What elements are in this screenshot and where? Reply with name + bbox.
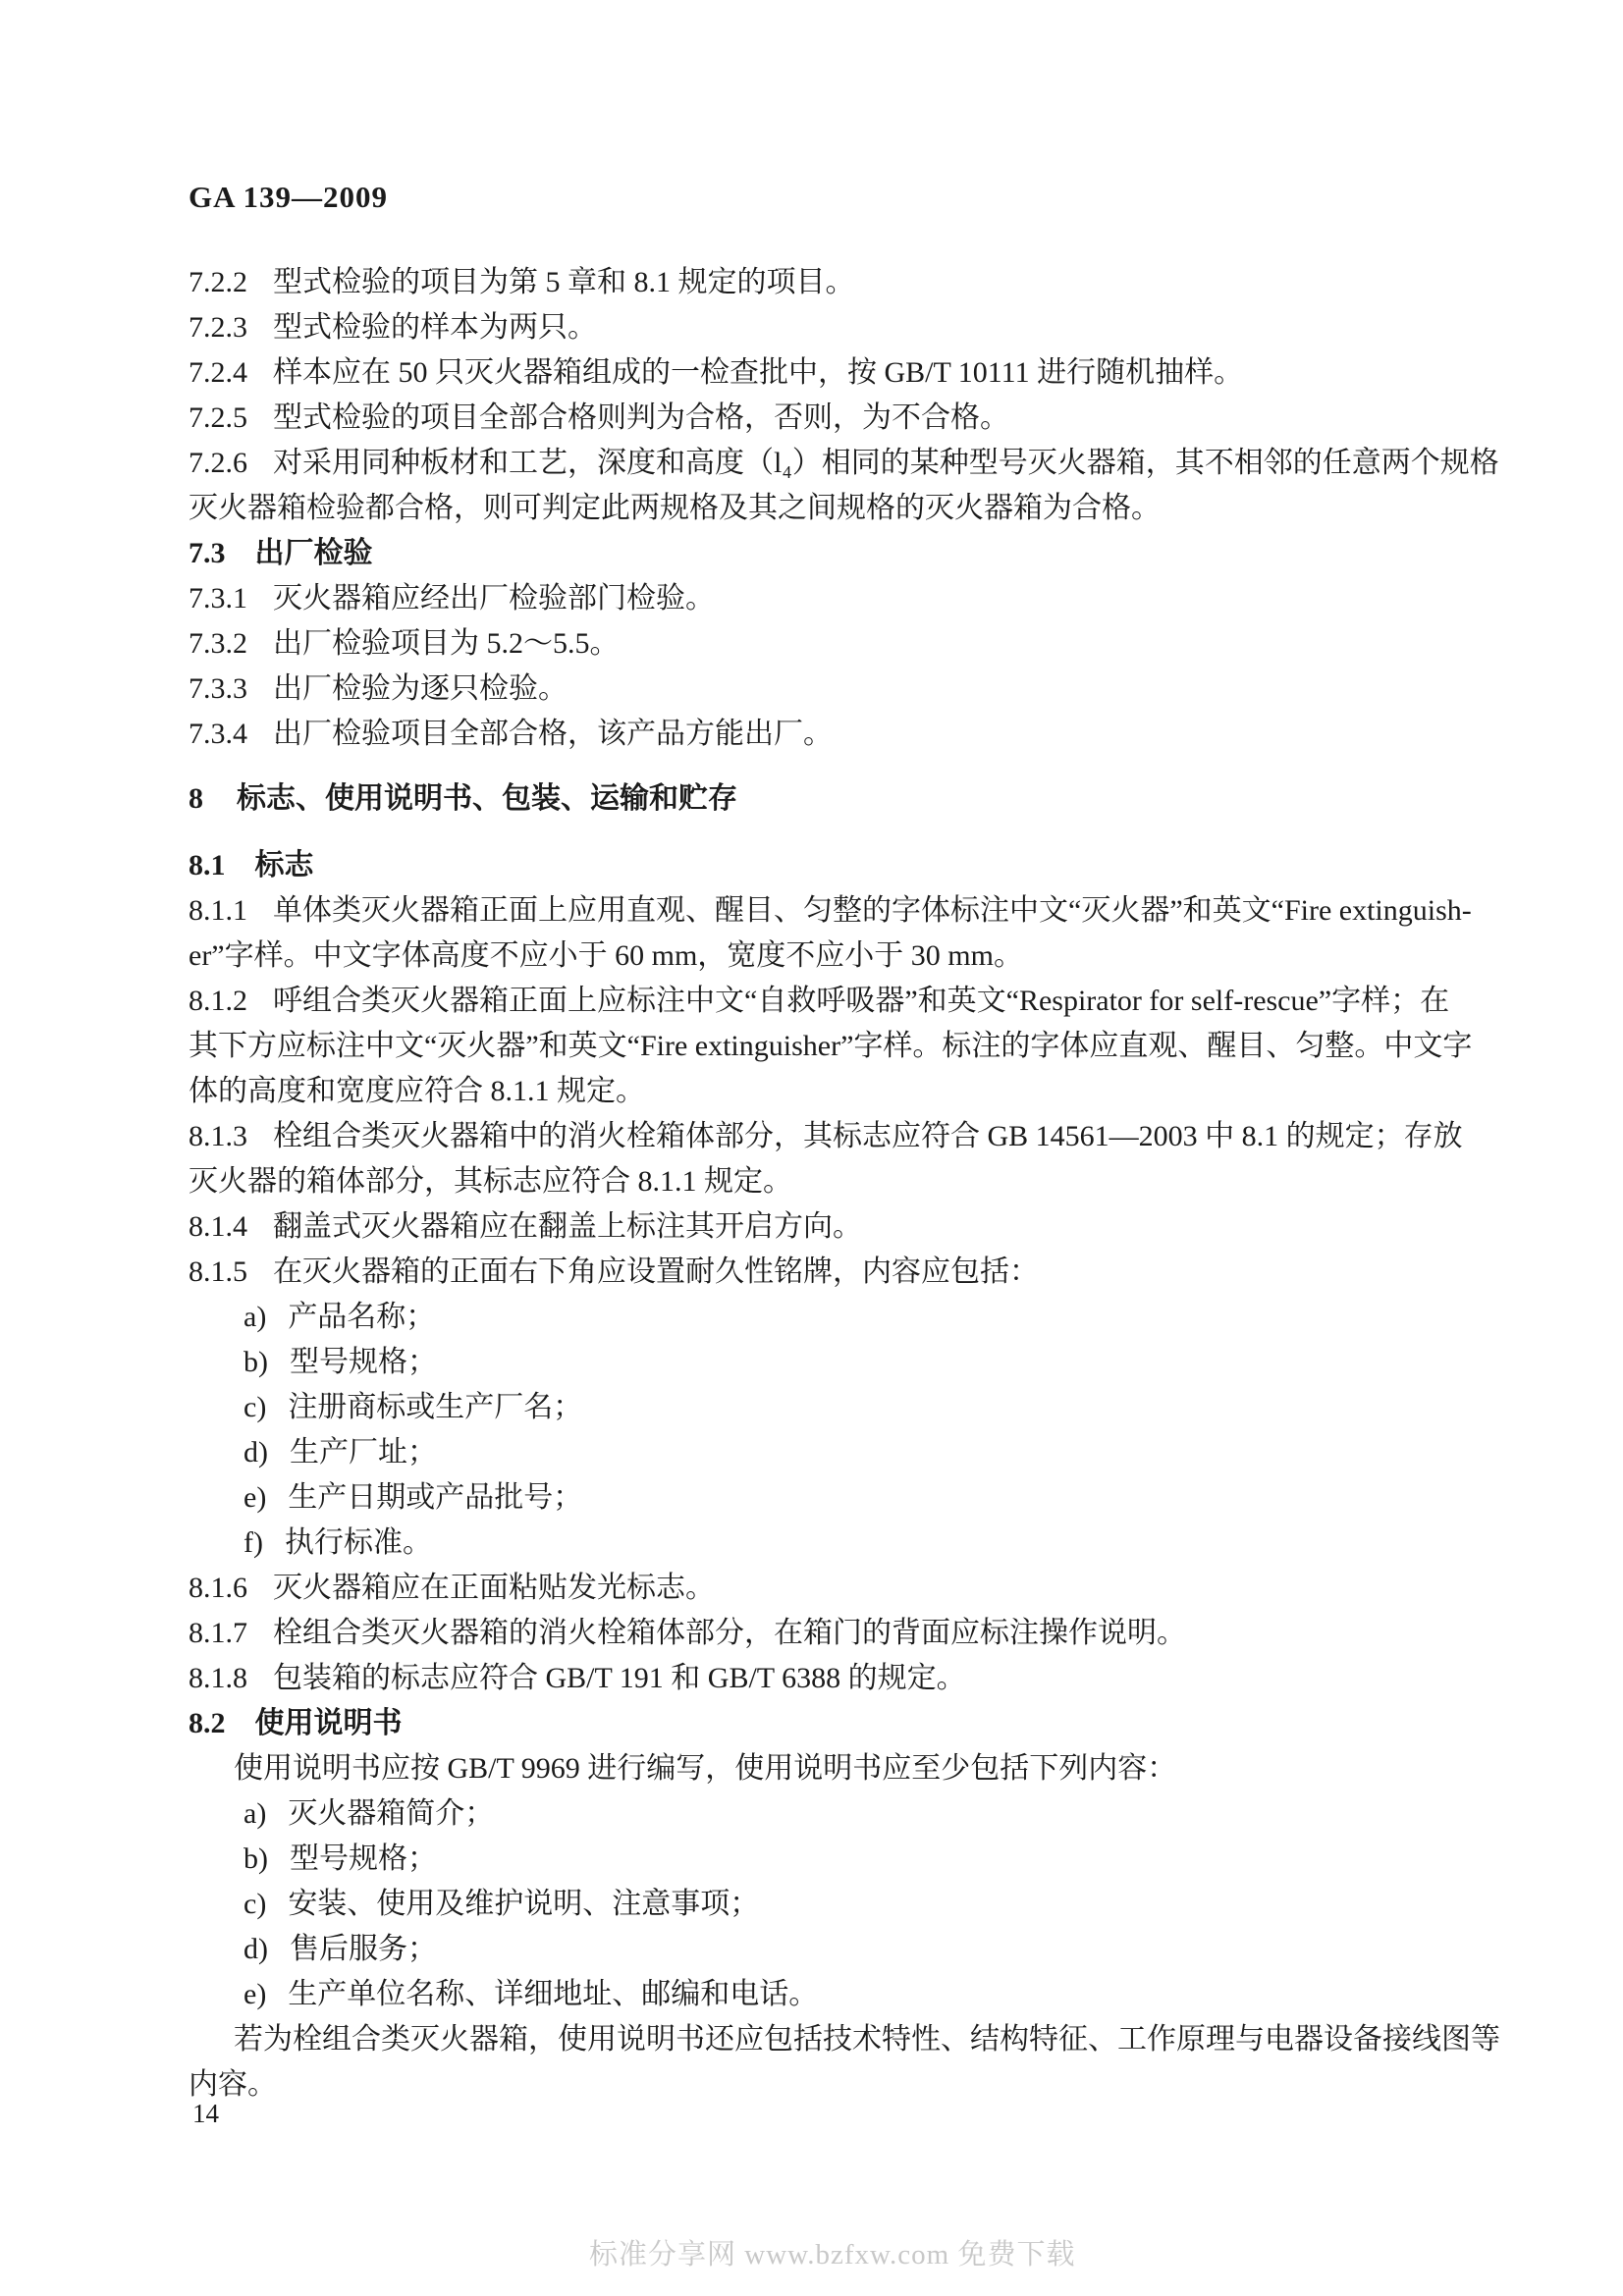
clause-row-8-1-7: 8.1.7栓组合类灭火器箱的消火栓箱体部分，在箱门的背面应标注操作说明。 <box>189 1611 1475 1656</box>
clause-number: 8.1.2 <box>189 979 247 1024</box>
list-item-82-e: e)生产单位名称、详细地址、邮编和电话。 <box>189 1972 1475 2017</box>
clause-row-8-1-5: 8.1.5在灭火器箱的正面右下角应设置耐久性铭牌，内容应包括： <box>189 1250 1475 1295</box>
clause-number: 8.1.8 <box>189 1656 247 1701</box>
clause-continuation-8-1-3: 灭火器的箱体部分，其标志应符合 8.1.1 规定。 <box>189 1159 1475 1204</box>
clause-number: 8.1.5 <box>189 1250 247 1295</box>
list-text: 售后服务； <box>290 1933 437 1965</box>
clause-number: 7.3.4 <box>189 712 247 757</box>
paragraph-text: 若为栓组合类灭火器箱，使用说明书还应包括技术特性、结构特征、工作原理与电器设备接… <box>234 2023 1500 2056</box>
list-item-815-c: c)注册商标或生产厂名； <box>189 1385 1475 1430</box>
clause-text: 样本应在 50 只灭火器箱组成的一检查批中，按 GB/T 10111 进行随机抽… <box>273 356 1243 389</box>
list-item-82-b: b)型号规格； <box>189 1837 1475 1882</box>
clause-number: 8.1.4 <box>189 1204 247 1250</box>
list-letter: e) <box>243 1475 266 1521</box>
list-letter: b) <box>243 1837 268 1882</box>
list-text: 型号规格； <box>290 1346 437 1378</box>
clause-row-8-1-1: 8.1.1单体类灭火器箱正面上应用直观、醒目、匀整的字体标注中文“灭火器”和英文… <box>189 888 1475 934</box>
clause-continuation-8-1-1: er”字样。中文字体高度不应小于 60 mm，宽度不应小于 30 mm。 <box>189 934 1475 979</box>
clause-text: 在灭火器箱的正面右下角应设置耐久性铭牌，内容应包括： <box>273 1255 1039 1288</box>
clause-continuation-8-1-2b: 体的高度和宽度应符合 8.1.1 规定。 <box>189 1069 1475 1114</box>
clause-row-7-2-5: 7.2.5型式检验的项目全部合格则判为合格，否则，为不合格。 <box>189 396 1475 441</box>
section-title: 标志 <box>255 849 314 881</box>
list-text: 灭火器箱简介； <box>288 1797 494 1830</box>
watermark: 标准分享网 www.bzfxw.com 免费下载 <box>589 2238 1075 2271</box>
list-text: 型号规格； <box>290 1842 437 1875</box>
clause-row-7-2-6: 7.2.6对采用同种板材和工艺，深度和高度（l₄）相同的某种型号灭火器箱，其不相… <box>189 441 1475 486</box>
section-title: 标志、使用说明书、包装、运输和贮存 <box>237 782 737 815</box>
clause-row-7-2-2: 7.2.2型式检验的项目为第 5 章和 8.1 规定的项目。 <box>189 260 1475 305</box>
list-letter: f) <box>243 1521 263 1566</box>
clause-text: 体的高度和宽度应符合 8.1.1 规定。 <box>189 1075 645 1107</box>
paragraph-text: 使用说明书应按 GB/T 9969 进行编写，使用说明书应至少包括下列内容： <box>234 1752 1176 1785</box>
list-text: 生产厂址； <box>290 1436 437 1468</box>
list-text: 安装、使用及维护说明、注意事项； <box>288 1888 759 1920</box>
clause-row-7-3-3: 7.3.3出厂检验为逐只检验。 <box>189 667 1475 712</box>
clause-row-7-3-1: 7.3.1灭火器箱应经出厂检验部门检验。 <box>189 576 1475 621</box>
section-number: 8.1 <box>189 843 226 888</box>
clause-number: 8.1.3 <box>189 1114 247 1159</box>
section-heading-8-2: 8.2使用说明书 <box>189 1701 1475 1746</box>
list-text: 产品名称； <box>288 1301 435 1333</box>
paragraph-8-2-intro: 使用说明书应按 GB/T 9969 进行编写，使用说明书应至少包括下列内容： <box>189 1746 1475 1791</box>
clause-text: 其下方应标注中文“灭火器”和英文“Fire extinguisher”字样。标注… <box>189 1030 1472 1062</box>
clause-text: 灭火器箱应经出厂检验部门检验。 <box>273 582 715 614</box>
section-heading-7-3: 7.3出厂检验 <box>189 531 1475 576</box>
document-page: GA 139—2009 7.2.2型式检验的项目为第 5 章和 8.1 规定的项… <box>0 0 1623 2296</box>
clause-number: 7.2.5 <box>189 396 247 441</box>
list-text: 执行标准。 <box>285 1526 432 1559</box>
clause-text: 灭火器箱应在正面粘贴发光标志。 <box>273 1572 715 1604</box>
list-item-815-f: f)执行标准。 <box>189 1521 1475 1566</box>
list-item-815-b: b)型号规格； <box>189 1340 1475 1385</box>
clause-text: 灭火器的箱体部分，其标志应符合 8.1.1 规定。 <box>189 1165 792 1198</box>
list-text: 生产日期或产品批号； <box>288 1481 582 1514</box>
clause-number: 7.3.1 <box>189 576 247 621</box>
clause-text: 出厂检验为逐只检验。 <box>273 672 568 705</box>
list-item-815-e: e)生产日期或产品批号； <box>189 1475 1475 1521</box>
list-text: 注册商标或生产厂名； <box>288 1391 582 1423</box>
section-number: 7.3 <box>189 531 226 576</box>
list-letter: b) <box>243 1340 268 1385</box>
clause-number: 7.2.6 <box>189 441 247 486</box>
clause-row-8-1-6: 8.1.6灭火器箱应在正面粘贴发光标志。 <box>189 1566 1475 1611</box>
clause-row-8-1-3: 8.1.3栓组合类灭火器箱中的消火栓箱体部分，其标志应符合 GB 14561—2… <box>189 1114 1475 1159</box>
clause-text: 包装箱的标志应符合 GB/T 191 和 GB/T 6388 的规定。 <box>273 1662 966 1694</box>
list-text: 生产单位名称、详细地址、邮编和电话。 <box>288 1978 818 2010</box>
clause-text: 单体类灭火器箱正面上应用直观、醒目、匀整的字体标注中文“灭火器”和英文“Fire… <box>273 894 1472 927</box>
clause-text: 翻盖式灭火器箱应在翻盖上标注其开启方向。 <box>273 1210 862 1243</box>
clause-row-7-2-4: 7.2.4样本应在 50 只灭火器箱组成的一检查批中，按 GB/T 10111 … <box>189 350 1475 396</box>
clause-row-8-1-2: 8.1.2呼组合类灭火器箱正面上应标注中文“自救呼吸器”和英文“Respirat… <box>189 979 1475 1024</box>
clause-number: 8.1.7 <box>189 1611 247 1656</box>
list-item-82-a: a)灭火器箱简介； <box>189 1791 1475 1837</box>
clause-row-7-2-3: 7.2.3型式检验的样本为两只。 <box>189 305 1475 350</box>
clause-text: 型式检验的样本为两只。 <box>273 311 597 344</box>
clause-text: 出厂检验项目为 5.2～5.5。 <box>273 627 620 660</box>
clause-text: 栓组合类灭火器箱中的消火栓箱体部分，其标志应符合 GB 14561—2003 中… <box>273 1120 1463 1152</box>
list-letter: a) <box>243 1295 266 1340</box>
clause-text: 出厂检验项目全部合格，该产品方能出厂。 <box>273 718 833 750</box>
list-letter: d) <box>243 1927 268 1972</box>
paragraph-text: 内容。 <box>189 2068 277 2101</box>
clause-number: 7.3.3 <box>189 667 247 712</box>
clause-text: er”字样。中文字体高度不应小于 60 mm，宽度不应小于 30 mm。 <box>189 939 1023 972</box>
list-item-815-d: d)生产厂址； <box>189 1430 1475 1475</box>
clause-continuation-8-1-2: 其下方应标注中文“灭火器”和英文“Fire extinguisher”字样。标注… <box>189 1024 1475 1069</box>
clause-row-7-3-4: 7.3.4出厂检验项目全部合格，该产品方能出厂。 <box>189 712 1475 757</box>
clause-text: 呼组合类灭火器箱正面上应标注中文“自救呼吸器”和英文“Respirator fo… <box>273 985 1449 1017</box>
clause-row-7-3-2: 7.3.2出厂检验项目为 5.2～5.5。 <box>189 621 1475 667</box>
list-letter: c) <box>243 1385 266 1430</box>
list-letter: e) <box>243 1972 266 2017</box>
section-number: 8.2 <box>189 1701 226 1746</box>
doc-number-header: GA 139—2009 <box>189 182 1475 213</box>
list-item-815-a: a)产品名称； <box>189 1295 1475 1340</box>
clause-continuation-7-2-6: 灭火器箱检验都合格，则可判定此两规格及其之间规格的灭火器箱为合格。 <box>189 486 1475 531</box>
list-item-82-d: d)售后服务； <box>189 1927 1475 1972</box>
list-letter: c) <box>243 1882 266 1927</box>
clause-row-8-1-8: 8.1.8包装箱的标志应符合 GB/T 191 和 GB/T 6388 的规定。 <box>189 1656 1475 1701</box>
list-item-82-c: c)安装、使用及维护说明、注意事项； <box>189 1882 1475 1927</box>
clause-text: 型式检验的项目全部合格则判为合格，否则，为不合格。 <box>273 401 1009 434</box>
clause-text: 灭火器箱检验都合格，则可判定此两规格及其之间规格的灭火器箱为合格。 <box>189 492 1161 524</box>
clause-number: 7.3.2 <box>189 621 247 667</box>
page-number: 14 <box>192 2099 219 2128</box>
clause-number: 7.2.4 <box>189 350 247 396</box>
list-letter: a) <box>243 1791 266 1837</box>
clause-number: 8.1.1 <box>189 888 247 934</box>
list-letter: d) <box>243 1430 268 1475</box>
paragraph-8-2-note: 若为栓组合类灭火器箱，使用说明书还应包括技术特性、结构特征、工作原理与电器设备接… <box>189 2017 1475 2062</box>
clause-number: 7.2.3 <box>189 305 247 350</box>
clause-number: 8.1.6 <box>189 1566 247 1611</box>
clause-number: 7.2.2 <box>189 260 247 305</box>
paragraph-8-2-note-cont: 内容。 <box>189 2062 1475 2108</box>
clause-text: 型式检验的项目为第 5 章和 8.1 规定的项目。 <box>273 266 855 298</box>
section-number: 8 <box>189 776 203 822</box>
clause-row-8-1-4: 8.1.4翻盖式灭火器箱应在翻盖上标注其开启方向。 <box>189 1204 1475 1250</box>
page-content: GA 139—2009 7.2.2型式检验的项目为第 5 章和 8.1 规定的项… <box>189 182 1475 2108</box>
section-heading-8-1: 8.1标志 <box>189 843 1475 888</box>
section-heading-8: 8标志、使用说明书、包装、运输和贮存 <box>189 776 1475 822</box>
clause-text: 对采用同种板材和工艺，深度和高度（l₄）相同的某种型号灭火器箱，其不相邻的任意两… <box>273 447 1499 479</box>
clause-text: 栓组合类灭火器箱的消火栓箱体部分，在箱门的背面应标注操作说明。 <box>273 1617 1186 1649</box>
section-title: 使用说明书 <box>255 1707 403 1739</box>
section-title: 出厂检验 <box>255 537 373 569</box>
